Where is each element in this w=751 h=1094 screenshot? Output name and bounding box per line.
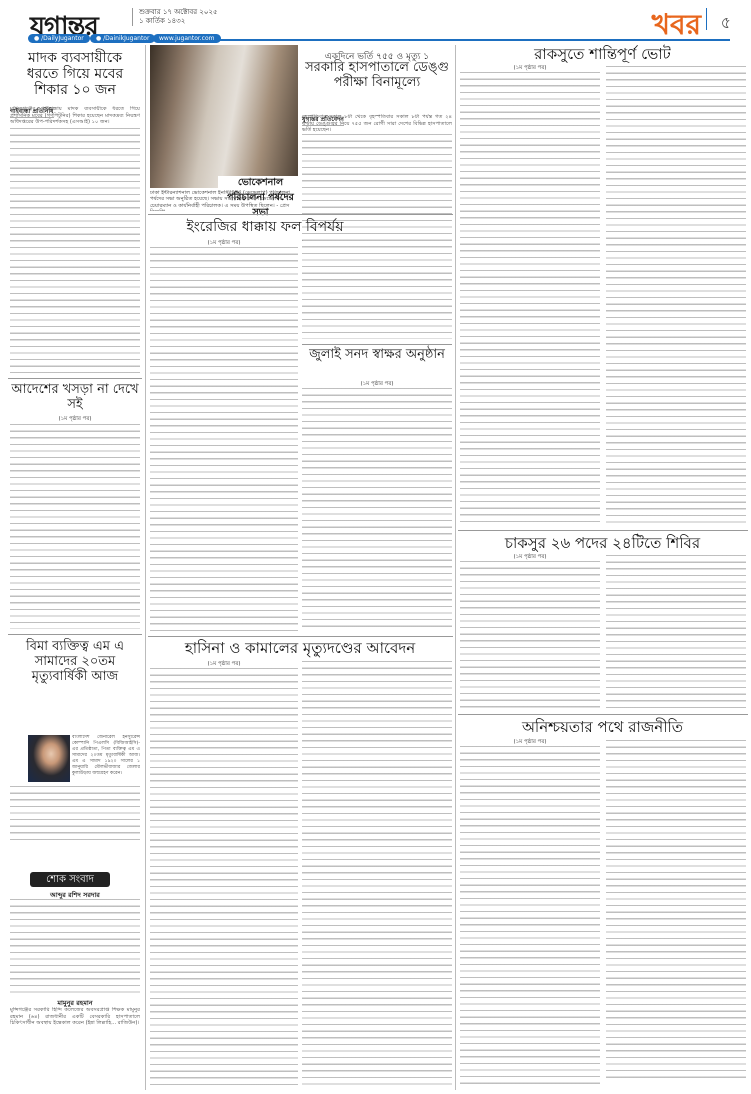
section-divider xyxy=(706,8,707,30)
article-lead: বৃহস্পতিবার সকাল ৮টা থেকে বৃহস্পতিবার সক… xyxy=(302,114,452,134)
facebook-link[interactable]: ● /DainikJugantor xyxy=(90,34,155,43)
photo-caption: ঢাকা ইন্টারন্যাশনাল ভোকেশনাল ইনস্টিটিউট … xyxy=(150,190,300,211)
article-body xyxy=(460,561,600,711)
column-rule xyxy=(145,45,146,1090)
article-body xyxy=(302,134,452,339)
continuation-note: (১ম পৃষ্ঠার পর) xyxy=(10,416,140,424)
article-lead: বাংলাদেশ জেনারেল ইনস্যুরেন্স কোম্পানি পি… xyxy=(72,735,140,783)
headline-dengue[interactable]: সরকারি হাসপাতালে ডেঙ্গু পরীক্ষা বিনামূল্… xyxy=(302,61,452,91)
divider xyxy=(148,636,453,637)
newspaper-logo: যুগান্তর xyxy=(30,6,98,50)
section-title: খবর xyxy=(652,3,701,50)
headline-hasina[interactable]: হাসিনা ও কামালের মৃত্যুদণ্ডের আবেদন xyxy=(150,640,450,657)
headline-bima[interactable]: বিমা ব্যক্তিত্ব এম এ সামাদের ২০তম মৃত্যু… xyxy=(10,640,140,685)
column-rule xyxy=(455,45,456,535)
column-rule xyxy=(455,535,456,1090)
headline-drug-dealer[interactable]: মাদক ব্যবসায়ীকে ধরতে গিয়ে মবের শিকার ১… xyxy=(10,50,140,98)
divider xyxy=(8,378,142,379)
article-body xyxy=(460,72,600,527)
article-body xyxy=(10,424,140,629)
article-body xyxy=(606,740,746,1080)
headline-raksu[interactable]: রাকসুতে শান্তিপূর্ণ ভোট xyxy=(460,46,745,63)
meeting-photo xyxy=(150,45,298,188)
headline-july-charter[interactable]: জুলাই সনদ স্বাক্ষর অনুষ্ঠান xyxy=(302,348,452,363)
article-body xyxy=(302,388,452,630)
divider xyxy=(458,530,748,531)
portrait-photo xyxy=(28,735,70,782)
obituary-banner: শোক সংবাদ xyxy=(30,872,110,887)
article-body xyxy=(606,66,746,527)
article-body xyxy=(10,786,140,842)
obituary-body: মুন্সিগঞ্জের সরকারি হিন্দি কলেজের অবসরপ্… xyxy=(10,1007,140,1069)
obituary-body xyxy=(10,899,140,994)
divider xyxy=(8,634,142,635)
headline-english[interactable]: ইংরেজির ধাক্কায় ফল বিপর্যয় xyxy=(150,219,380,235)
article-body xyxy=(150,247,298,632)
headline-chaksu[interactable]: চাকসুর ২৬ পদের ২৪টিতে শিবির xyxy=(460,535,745,552)
website-link[interactable]: www.jugantor.com xyxy=(153,34,221,43)
article-body xyxy=(460,746,600,1088)
page-number: ৫ xyxy=(721,10,731,37)
headline-adesh[interactable]: আদেশের খসড়া না দেখে সই xyxy=(10,383,140,413)
date-bengali: ১ কার্তিক ১৪৩২ xyxy=(139,17,218,26)
twitter-link[interactable]: ● /DailyJugantor xyxy=(28,34,90,43)
article-lead: মানিকগঞ্জের গাইবান্ধায় মাদক ব্যবসায়ীকে… xyxy=(10,106,140,128)
article-body xyxy=(10,128,140,373)
date-gregorian: শুক্রবার ১৭ অক্টোবর ২০২৫ xyxy=(139,8,218,17)
divider xyxy=(458,714,748,715)
article-body xyxy=(606,555,746,711)
article-body xyxy=(150,668,298,1088)
divider xyxy=(302,344,452,345)
issue-date: শুক্রবার ১৭ অক্টোবর ২০২৫ ১ কার্তিক ১৪৩২ xyxy=(132,8,218,26)
article-body xyxy=(302,661,452,1088)
divider xyxy=(148,214,453,215)
headline-politics[interactable]: অনিশ্চয়তার পথে রাজনীতি xyxy=(460,719,745,736)
